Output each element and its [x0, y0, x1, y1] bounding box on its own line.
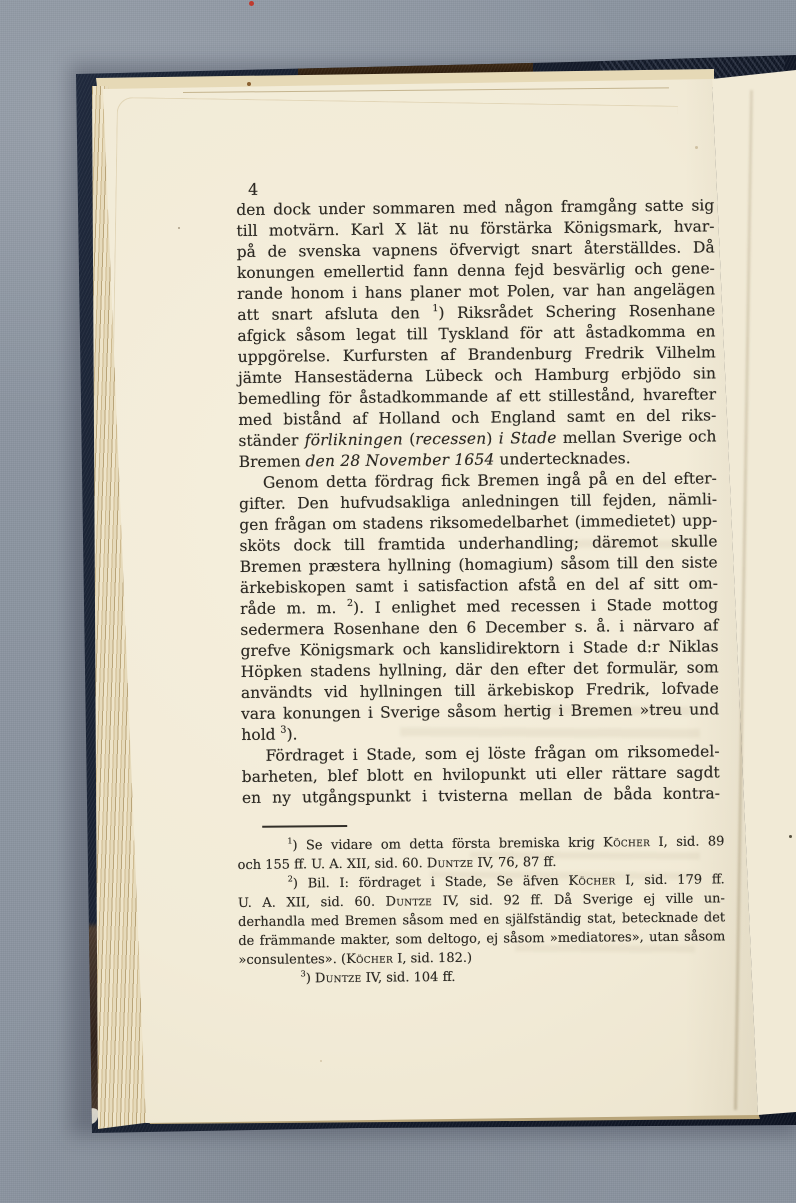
paragraph-3: Fördraget i Stade, som ej löste frågan o…	[241, 741, 720, 809]
paper-speck	[789, 835, 792, 838]
page-edge-hairline	[183, 87, 669, 93]
paper-speck	[178, 227, 180, 229]
footnotes: 1) Se vidare om detta första bremiska kr…	[237, 832, 725, 989]
paper-speck	[695, 146, 698, 149]
red-mark	[249, 1, 254, 6]
footnote-3: 3) Duntze IV, sid. 104 ff.	[239, 965, 726, 989]
paragraph-1: den dock under sommaren med någon framgå…	[236, 195, 717, 473]
text-line: en ny utgångspunkt i tvisterna mellan de…	[242, 783, 720, 809]
foxing-dot	[247, 82, 251, 86]
footnote-rule	[262, 825, 347, 828]
page-number: 4	[248, 180, 258, 199]
text-block: 4 den dock under sommaren med någon fram…	[236, 175, 722, 1000]
paper-speck	[320, 1060, 322, 1062]
photo-background: 4 den dock under sommaren med någon fram…	[0, 0, 796, 1203]
body-text: den dock under sommaren med någon framgå…	[236, 195, 720, 809]
paragraph-2: Genom detta fördrag fick Bremen ingå på …	[239, 468, 720, 746]
text-line: 3) Duntze IV, sid. 104 ff.	[239, 965, 726, 989]
footnote-2: 2) Bil. I: fördraget i Stade, Se äfven K…	[238, 870, 726, 970]
footnote-1: 1) Se vidare om detta första bremiska kr…	[237, 832, 724, 875]
